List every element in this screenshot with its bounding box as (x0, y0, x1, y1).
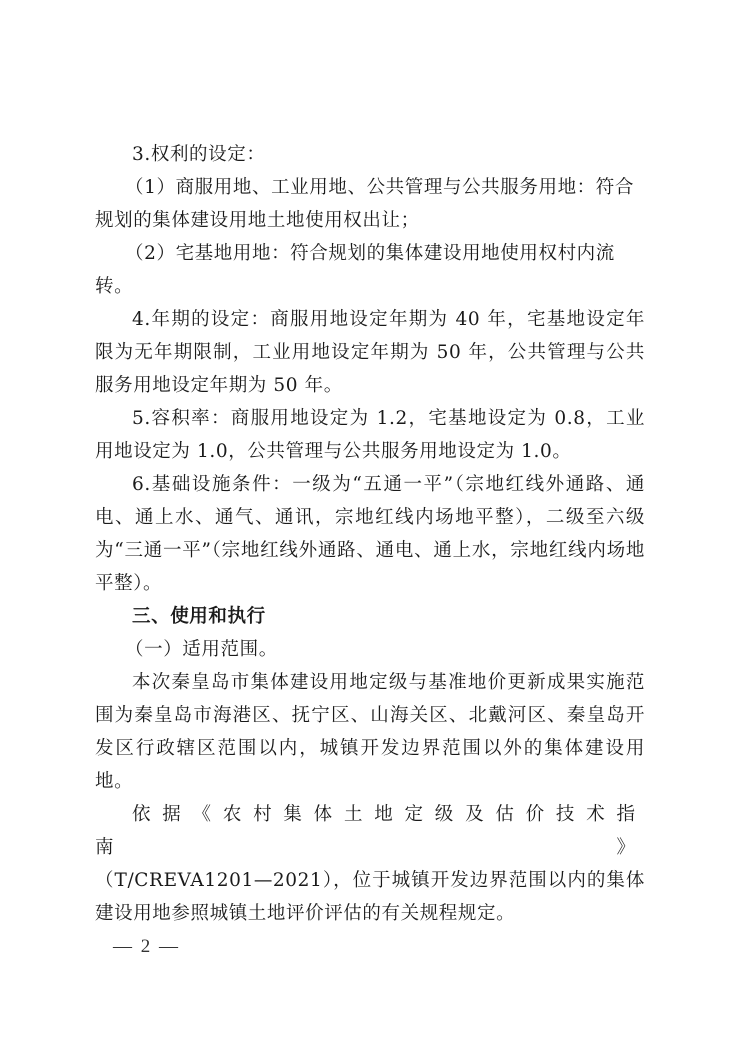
basis-paragraph-line1: 依据《农村集体土地定级及估价技术指南》 (95, 798, 645, 864)
rights-item-1: （1）商服用地、工业用地、公共管理与公共服务用地：符合规划的集体建设用地土地使用… (95, 171, 645, 237)
document-page: 3.权利的设定： （1）商服用地、工业用地、公共管理与公共服务用地：符合规划的集… (95, 138, 645, 930)
rights-heading: 3.权利的设定： (95, 138, 645, 171)
term-setting-paragraph: 4.年期的设定：商服用地设定年期为 40 年，宅基地设定年限为无年期限制，工业用… (95, 303, 645, 402)
section-heading: 三、使用和执行 (95, 600, 645, 633)
basis-paragraph-rest: （T/CREVA1201—2021），位于城镇开发边界范围以内的集体建设用地参照… (95, 864, 645, 930)
rights-item-2: （2）宅基地用地：符合规划的集体建设用地使用权村内流转。 (95, 237, 645, 303)
infrastructure-paragraph: 6.基础设施条件：一级为“五通一平”（宗地红线外通路、通电、通上水、通气、通讯，… (95, 468, 645, 600)
subsection-heading: （一）适用范围。 (95, 633, 645, 666)
page-number: — 2 — (113, 936, 180, 958)
scope-paragraph: 本次秦皇岛市集体建设用地定级与基准地价更新成果实施范围为秦皇岛市海港区、抚宁区、… (95, 666, 645, 798)
plot-ratio-paragraph: 5.容积率：商服用地设定为 1.2，宅基地设定为 0.8，工业用地设定为 1.0… (95, 402, 645, 468)
